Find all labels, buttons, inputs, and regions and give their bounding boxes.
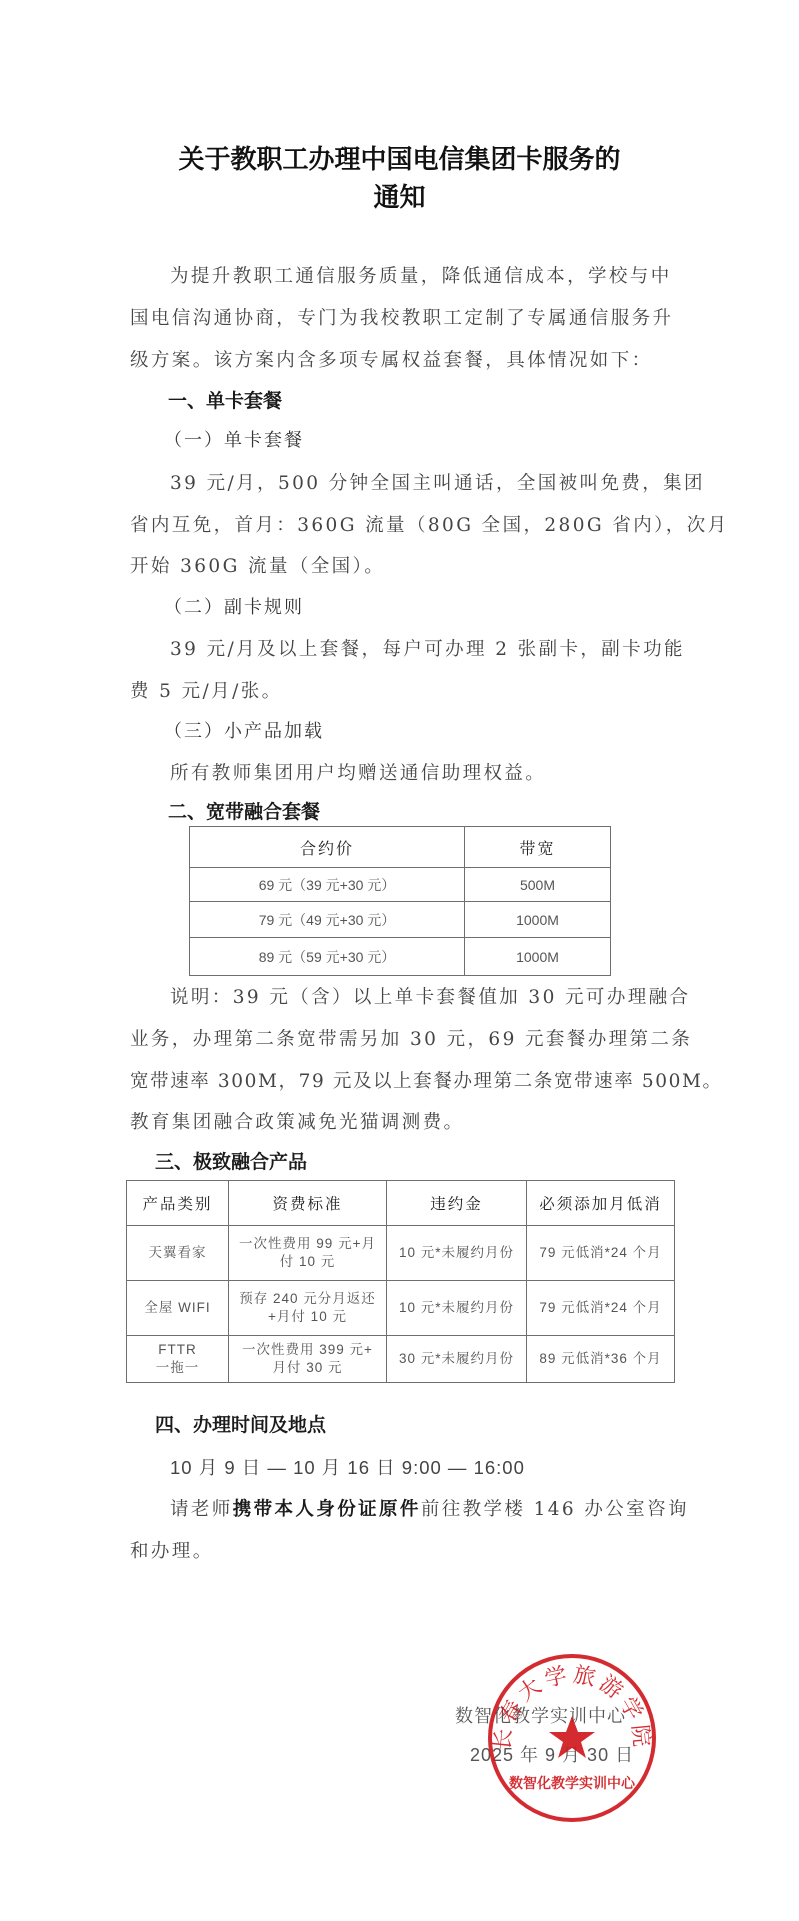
section2-note-line-4: 教育集团融合政策减免光猫调测费。 bbox=[130, 1111, 464, 1135]
section4-heading: 四、办理时间及地点 bbox=[155, 1413, 326, 1437]
section1-heading: 一、单卡套餐 bbox=[168, 389, 282, 413]
fusion-fee-line1: 一次性费用 399 元+ bbox=[231, 1341, 384, 1359]
broadband-price-cell: 89 元（59 元+30 元） bbox=[190, 938, 465, 976]
section4-location-line-2: 和办理。 bbox=[130, 1540, 214, 1564]
section1-sub1-line-2: 省内互免，首月：360G 流量（80G 全国，280G 省内），次月 bbox=[130, 514, 729, 538]
section1-sub1-heading: （一）单卡套餐 bbox=[164, 429, 304, 453]
fusion-category-cell: 天翼看家 bbox=[127, 1226, 229, 1281]
section2-note-line-3: 宽带速率 300M，79 元及以上套餐办理第二条宽带速率 500M。 bbox=[130, 1070, 723, 1094]
section2-note-line-2: 业务，办理第二条宽带需另加 30 元，69 元套餐办理第二条 bbox=[130, 1028, 692, 1052]
broadband-table: 合约价 带宽 69 元（39 元+30 元） 500M 79 元（49 元+30… bbox=[189, 826, 611, 976]
fusion-min-spend-cell: 79 元低消*24 个月 bbox=[527, 1281, 675, 1336]
location-prefix: 请老师 bbox=[170, 1499, 233, 1520]
document-title-line1: 关于教职工办理中国电信集团卡服务的 bbox=[0, 140, 799, 180]
intro-line-2: 国电信沟通协商，专门为我校教职工定制了专属通信服务升 bbox=[130, 307, 673, 331]
fusion-fee-cell: 预存 240 元分月返还 +月付 10 元 bbox=[229, 1281, 387, 1336]
fusion-category-line2: 一拖一 bbox=[129, 1359, 226, 1377]
fusion-header-fee: 资费标准 bbox=[229, 1181, 387, 1226]
broadband-header-price: 合约价 bbox=[190, 827, 465, 868]
fusion-category-line1: FTTR bbox=[129, 1341, 226, 1359]
official-seal-icon: 长春大学旅游学院 数智化教学实训中心 bbox=[482, 1648, 662, 1828]
table-row: 89 元（59 元+30 元） 1000M bbox=[190, 938, 611, 976]
fusion-penalty-cell: 10 元*未履约月份 bbox=[387, 1281, 527, 1336]
table-row: 69 元（39 元+30 元） 500M bbox=[190, 868, 611, 902]
fusion-fee-line2: 月付 30 元 bbox=[231, 1359, 384, 1377]
document-title-line2: 通知 bbox=[0, 178, 799, 218]
table-row: FTTR 一拖一 一次性费用 399 元+ 月付 30 元 30 元*未履约月份… bbox=[127, 1336, 675, 1383]
broadband-price-cell: 69 元（39 元+30 元） bbox=[190, 868, 465, 902]
fusion-min-spend-cell: 89 元低消*36 个月 bbox=[527, 1336, 675, 1383]
broadband-price-cell: 79 元（49 元+30 元） bbox=[190, 902, 465, 938]
section1-sub1-line-1: 39 元/月，500 分钟全国主叫通话，全国被叫免费，集团 bbox=[170, 472, 705, 496]
broadband-header-bandwidth: 带宽 bbox=[465, 827, 611, 868]
fusion-fee-line1: 一次性费用 99 元+月 bbox=[231, 1235, 384, 1253]
fusion-fee-line1: 预存 240 元分月返还 bbox=[231, 1290, 384, 1308]
fusion-category-cell: 全屋 WIFI bbox=[127, 1281, 229, 1336]
fusion-min-spend-cell: 79 元低消*24 个月 bbox=[527, 1226, 675, 1281]
section1-sub3-heading: （三）小产品加载 bbox=[164, 720, 324, 744]
fusion-fee-cell: 一次性费用 99 元+月 付 10 元 bbox=[229, 1226, 387, 1281]
fusion-penalty-cell: 30 元*未履约月份 bbox=[387, 1336, 527, 1383]
broadband-bandwidth-cell: 500M bbox=[465, 868, 611, 902]
fusion-category-cell: FTTR 一拖一 bbox=[127, 1336, 229, 1383]
broadband-bandwidth-cell: 1000M bbox=[465, 902, 611, 938]
fusion-header-category: 产品类别 bbox=[127, 1181, 229, 1226]
fusion-fee-cell: 一次性费用 399 元+ 月付 30 元 bbox=[229, 1336, 387, 1383]
fusion-products-table: 产品类别 资费标准 违约金 必须添加月低消 天翼看家 一次性费用 99 元+月 … bbox=[126, 1180, 675, 1383]
fusion-header-min-spend: 必须添加月低消 bbox=[527, 1181, 675, 1226]
section2-heading: 二、宽带融合套餐 bbox=[168, 800, 320, 824]
section4-location-line-1: 请老师携带本人身份证原件前往教学楼 146 办公室咨询 bbox=[170, 1498, 689, 1522]
section2-note-line-1: 说明：39 元（含）以上单卡套餐值加 30 元可办理融合 bbox=[170, 986, 690, 1010]
section3-heading: 三、极致融合产品 bbox=[155, 1150, 307, 1174]
section1-sub3-line-1: 所有教师集团用户均赠送通信助理权益。 bbox=[170, 762, 546, 786]
fusion-penalty-cell: 10 元*未履约月份 bbox=[387, 1226, 527, 1281]
section1-sub2-line-1: 39 元/月及以上套餐，每户可办理 2 张副卡，副卡功能 bbox=[170, 638, 685, 662]
location-bold-requirement: 携带本人身份证原件 bbox=[233, 1499, 421, 1520]
fusion-header-penalty: 违约金 bbox=[387, 1181, 527, 1226]
stamp-bottom-text: 数智化教学实训中心 bbox=[509, 1775, 636, 1792]
fusion-fee-line2: +月付 10 元 bbox=[231, 1308, 384, 1326]
broadband-table-header: 合约价 带宽 bbox=[190, 827, 611, 868]
section1-sub2-heading: （二）副卡规则 bbox=[164, 596, 304, 620]
intro-line-3: 级方案。该方案内含多项专属权益套餐，具体情况如下： bbox=[130, 349, 653, 373]
table-row: 全屋 WIFI 预存 240 元分月返还 +月付 10 元 10 元*未履约月份… bbox=[127, 1281, 675, 1336]
broadband-bandwidth-cell: 1000M bbox=[465, 938, 611, 976]
table-row: 天翼看家 一次性费用 99 元+月 付 10 元 10 元*未履约月份 79 元… bbox=[127, 1226, 675, 1281]
fusion-fee-line2: 付 10 元 bbox=[231, 1253, 384, 1271]
table-row: 79 元（49 元+30 元） 1000M bbox=[190, 902, 611, 938]
intro-line-1: 为提升教职工通信服务质量，降低通信成本，学校与中 bbox=[170, 265, 672, 289]
location-suffix: 前往教学楼 146 办公室咨询 bbox=[421, 1499, 689, 1520]
section1-sub2-line-2: 费 5 元/月/张。 bbox=[130, 680, 283, 704]
fusion-table-header: 产品类别 资费标准 违约金 必须添加月低消 bbox=[127, 1181, 675, 1226]
section1-sub1-line-3: 开始 360G 流量（全国）。 bbox=[130, 555, 385, 579]
section4-time: 10 月 9 日 — 10 月 16 日 9:00 — 16:00 bbox=[170, 1456, 525, 1480]
notice-document: 关于教职工办理中国电信集团卡服务的 通知 为提升教职工通信服务质量，降低通信成本… bbox=[0, 0, 799, 1921]
